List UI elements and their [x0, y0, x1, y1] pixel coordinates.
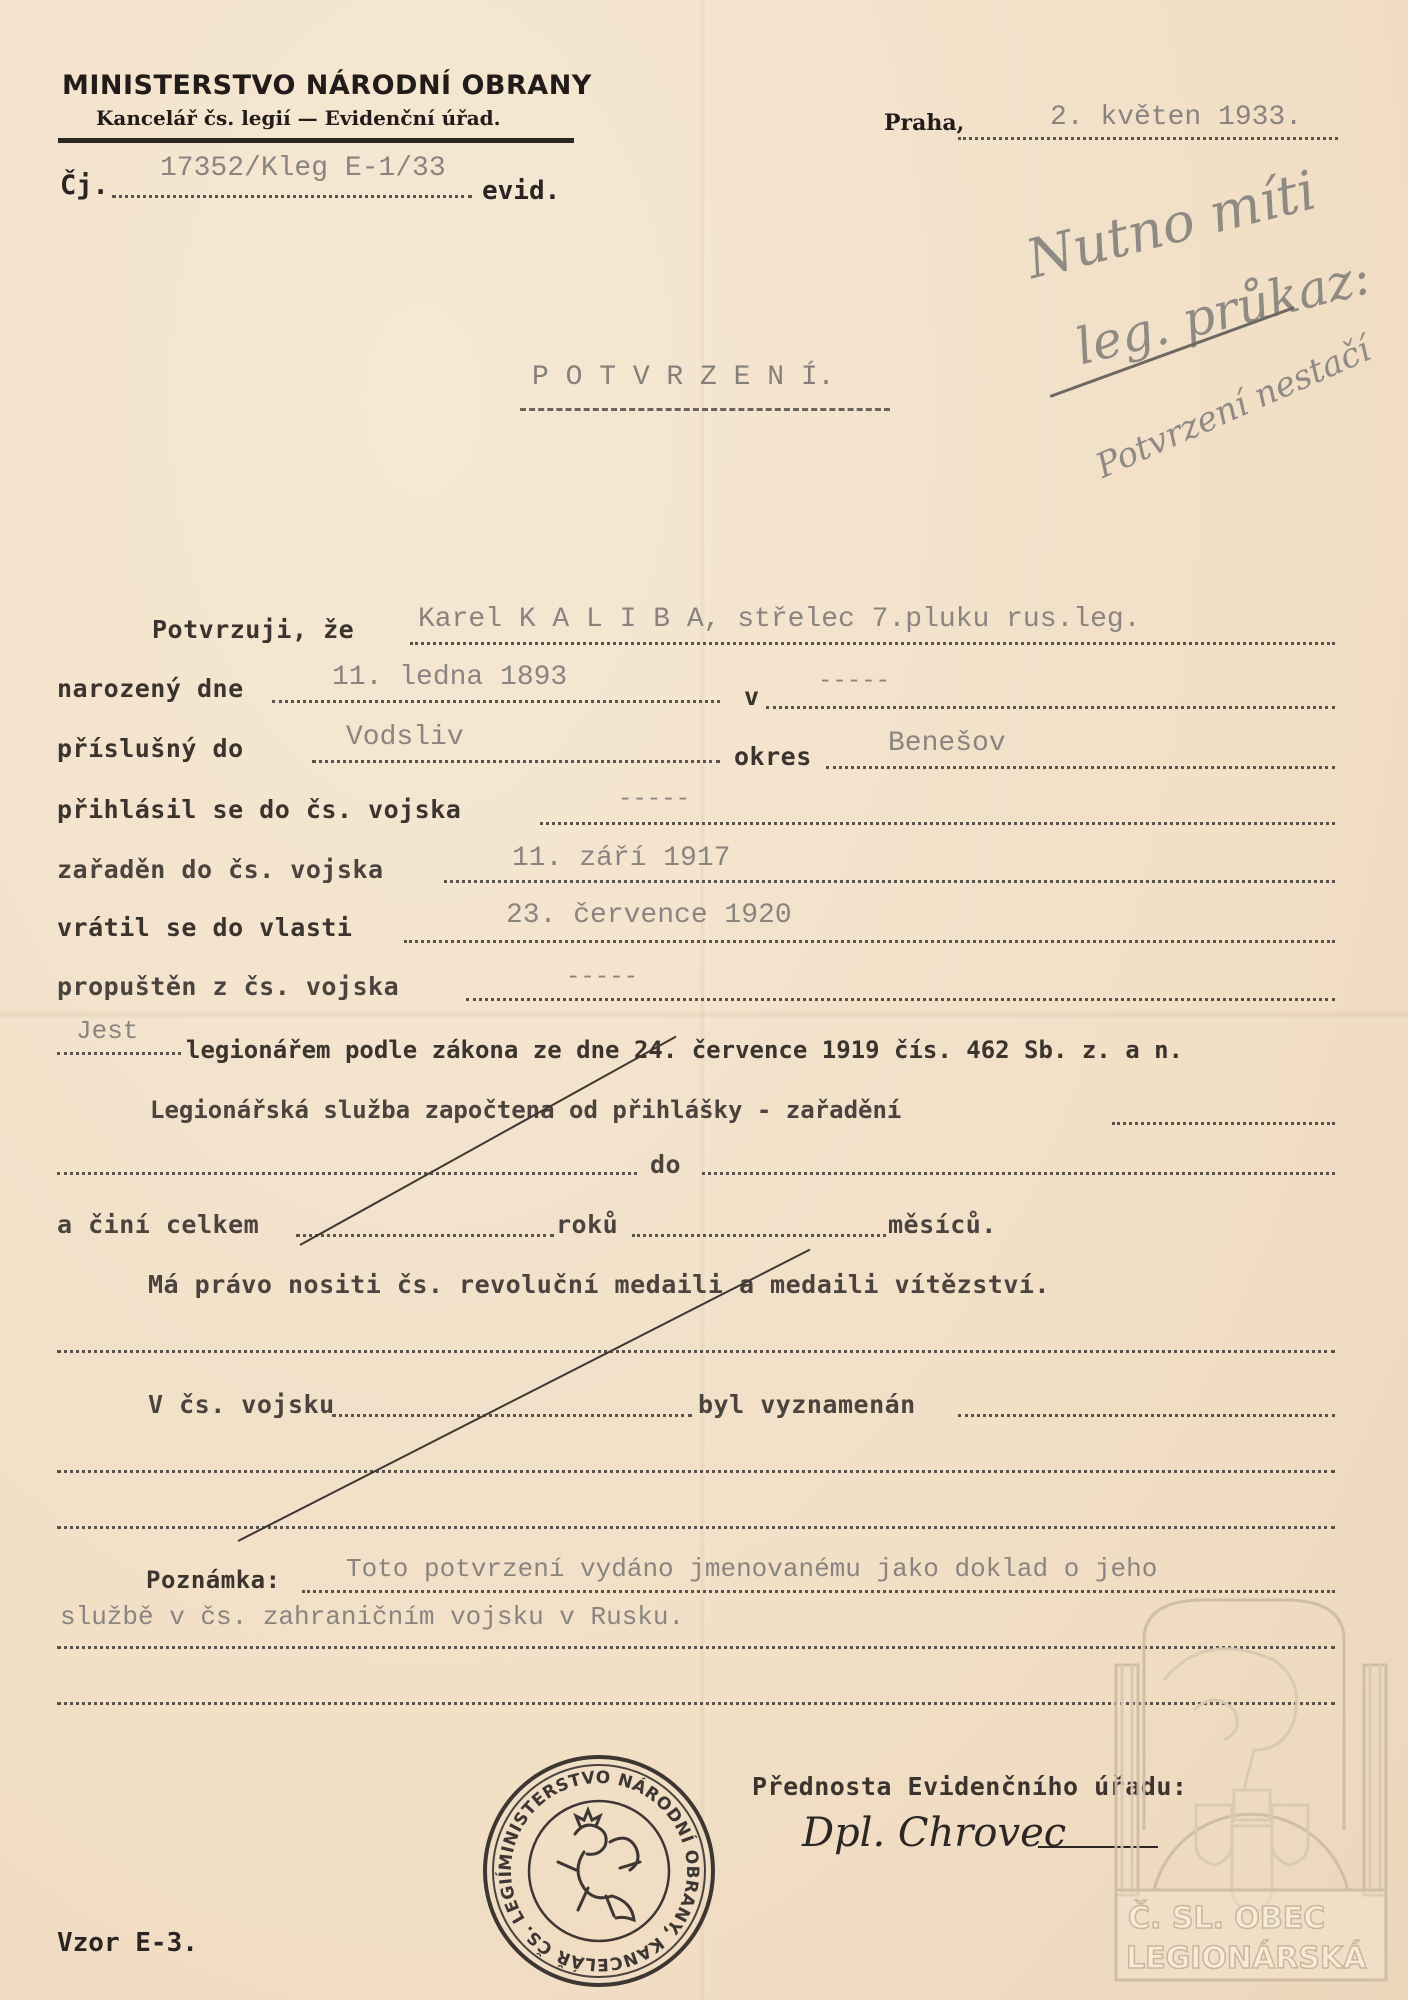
date-dotted-line [958, 137, 1338, 140]
discharged-label: propuštěn z čs. vojska [57, 972, 399, 1001]
total-label: a činí celkem [57, 1210, 259, 1239]
status-dotted-line [57, 1052, 181, 1055]
decorated-dotted-line-1 [332, 1414, 692, 1417]
born-place-dotted-line [766, 706, 1335, 709]
years-label: roků [556, 1210, 618, 1239]
confirm-value: Karel K A L I B A, střelec 7.pluku rus.l… [418, 604, 1141, 635]
discharged-value: ----- [566, 964, 638, 991]
applied-dotted-line [540, 822, 1335, 825]
district-label: okres [734, 742, 812, 771]
domicile-value: Vodsliv [346, 722, 464, 753]
strike-through-service [300, 1036, 677, 1246]
service-from-dotted-line [57, 1172, 637, 1175]
medal-text: Má právo nositi čs. revoluční medaili a … [148, 1270, 1050, 1299]
ministry-heading: MINISTERSTVO NÁRODNÍ OBRANY [62, 70, 592, 101]
place-label: Praha, [884, 110, 964, 136]
domicile-dotted-line [312, 760, 720, 763]
header-rule [58, 138, 574, 143]
returned-dotted-line [404, 940, 1335, 943]
title-underline [520, 408, 890, 411]
enlisted-date: 11. září 1917 [512, 843, 730, 874]
reference-number: 17352/Kleg E-1/33 [160, 153, 446, 184]
born-date: 11. ledna 1893 [332, 662, 567, 693]
status-law-text: legionářem podle zákona ze dne 24. červe… [186, 1036, 1183, 1064]
note-label: Poznámka: [146, 1566, 281, 1594]
medal-dotted-line [57, 1350, 1335, 1353]
service-dotted-line [1112, 1122, 1335, 1125]
born-place: ----- [818, 668, 890, 695]
decorated-label-2: byl vyznamenán [698, 1390, 916, 1419]
applied-value: ----- [618, 786, 690, 813]
born-label: narozený dne [57, 674, 244, 703]
signature: Dpl. Chrovec [802, 1810, 1066, 1856]
district-dotted-line [826, 766, 1335, 769]
enlisted-label: zařaděn do čs. vojska [57, 855, 384, 884]
issue-date: 2. květen 1933. [1050, 102, 1302, 133]
returned-label: vrátil se do vlasti [57, 913, 352, 942]
note-value-2: službě v čs. zahraničním vojsku v Rusku. [60, 1602, 684, 1632]
reference-dotted-line [112, 195, 472, 198]
district-value: Benešov [888, 728, 1006, 759]
born-dotted-line [272, 700, 720, 703]
document-title: P O T V R Z E N Í. [532, 362, 834, 393]
returned-date: 23. července 1920 [506, 900, 792, 931]
discharged-dotted-line [466, 998, 1335, 1001]
decorated-extra-dotted-line-2 [57, 1526, 1335, 1529]
applied-label: přihlásil se do čs. vojska [57, 795, 461, 824]
months-label: měsíců. [888, 1210, 997, 1239]
decorated-dotted-line-2 [958, 1414, 1335, 1417]
note-value-1: Toto potvrzení vydáno jmenovanému jako d… [346, 1554, 1157, 1584]
enlisted-dotted-line [444, 880, 1335, 883]
watermark-line-2: LEGIONÁRSKÁ [1126, 1940, 1367, 1976]
form-code: Vzor E-3. [57, 1928, 198, 1958]
lion-icon [558, 1810, 640, 1920]
years-dotted-line [632, 1234, 886, 1237]
official-seal: MINISTERSTVO NÁRODNÍ OBRANY, KANCELÁŘ ČS… [480, 1752, 718, 1990]
domicile-label: příslušný do [57, 734, 244, 763]
decorated-label-1: V čs. vojsku [148, 1390, 335, 1419]
reference-label: Čj. [60, 170, 109, 201]
confirm-dotted-line [410, 642, 1335, 645]
status-value: Jest [76, 1016, 138, 1046]
service-to-label: do [650, 1150, 681, 1179]
born-place-label: v [744, 682, 760, 711]
total-dotted-line [296, 1234, 554, 1237]
office-subheading: Kancelář čs. legií — Evidenční úřad. [96, 106, 501, 130]
legionary-emblem-icon: Č. SL. OBEC LEGIONÁRSKÁ [1104, 1590, 1398, 1990]
service-to-dotted-line [702, 1172, 1335, 1175]
seal-emblem-icon: MINISTERSTVO NÁRODNÍ OBRANY, KANCELÁŘ ČS… [480, 1752, 718, 1990]
legion-community-watermark: Č. SL. OBEC LEGIONÁRSKÁ [1104, 1590, 1398, 1990]
watermark-line-1: Č. SL. OBEC [1128, 1899, 1325, 1936]
confirm-label: Potvrzuji, že [152, 615, 354, 644]
reference-suffix: evid. [482, 176, 560, 206]
decorated-extra-dotted-line-1 [57, 1470, 1335, 1473]
